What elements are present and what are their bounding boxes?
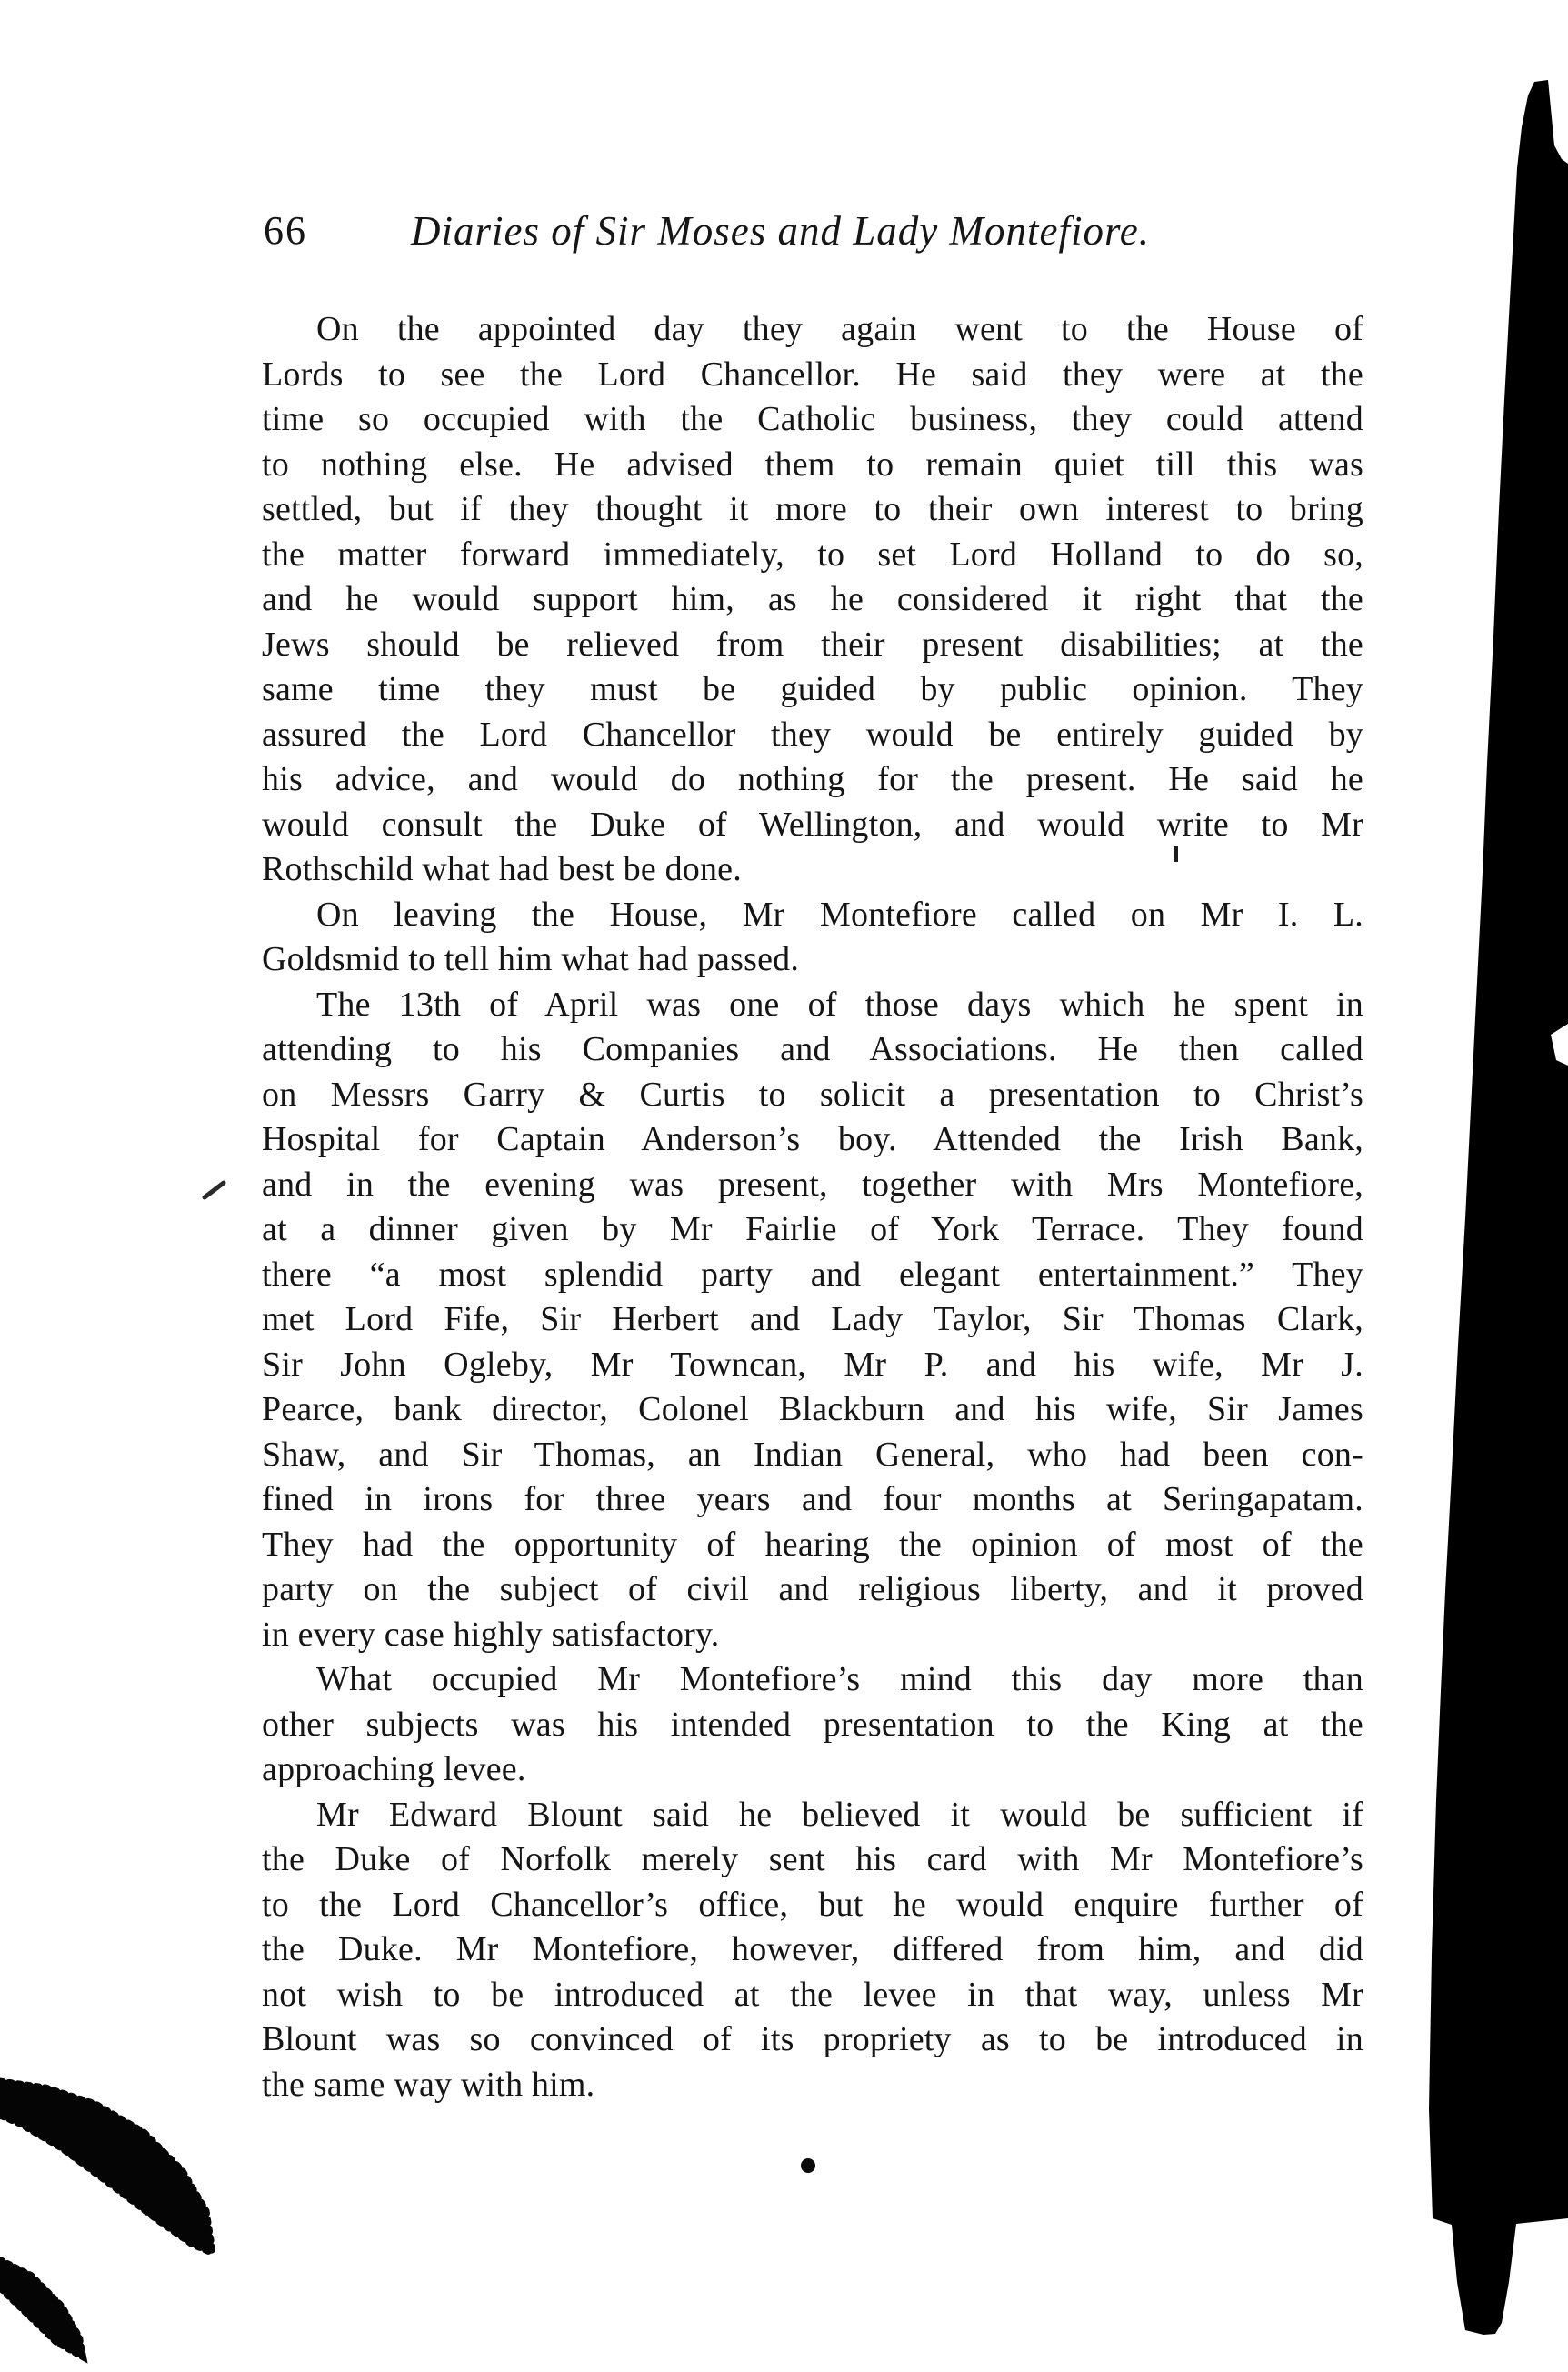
text-line: to nothing else. He advised them to rema… xyxy=(262,443,1363,488)
text-line: and in the evening was present, together… xyxy=(262,1163,1363,1208)
text-line: Lords to see the Lord Chancellor. He sai… xyxy=(262,353,1363,398)
text-line: in every case highly satisfactory. xyxy=(262,1613,1363,1658)
text-line: The 13th of April was one of those days … xyxy=(262,983,1363,1028)
text-line: assured the Lord Chancellor they would b… xyxy=(262,713,1363,758)
text-line: party on the subject of civil and religi… xyxy=(262,1567,1363,1613)
text-line: same time they must be guided by public … xyxy=(262,667,1363,713)
text-line: Hospital for Captain Anderson’s boy. Att… xyxy=(262,1117,1363,1163)
text-line: attending to his Companies and Associati… xyxy=(262,1027,1363,1073)
text-line: the same way with him. xyxy=(262,2063,1363,2108)
text-line: time so occupied with the Catholic busin… xyxy=(262,397,1363,443)
text-line: Mr Edward Blount said he believed it wou… xyxy=(262,1793,1363,1838)
stray-dash xyxy=(205,1183,224,1197)
text-line: Rothschild what had best be done. xyxy=(262,847,1363,893)
page-number: 66 xyxy=(264,207,307,254)
text-line: not wish to be introduced at the levee i… xyxy=(262,1973,1363,2018)
text-line: Pearce, bank director, Colonel Blackburn… xyxy=(262,1387,1363,1433)
body-text: On the appointed day they again went to … xyxy=(262,307,1363,2107)
text-line: would consult the Duke of Wellington, an… xyxy=(262,803,1363,848)
text-line: at a dinner given by Mr Fairlie of York … xyxy=(262,1207,1363,1253)
text-line: fined in irons for three years and four … xyxy=(262,1477,1363,1523)
running-title: Diaries of Sir Moses and Lady Montefiore… xyxy=(411,207,1150,255)
text-line: Shaw, and Sir Thomas, an Indian General,… xyxy=(262,1433,1363,1478)
text-line: met Lord Fife, Sir Herbert and Lady Tayl… xyxy=(262,1297,1363,1343)
text-line: the matter forward immediately, to set L… xyxy=(262,533,1363,578)
text-line: to the Lord Chancellor’s office, but he … xyxy=(262,1883,1363,1928)
smudge-bottom-left-small xyxy=(0,2260,83,2357)
text-line: On the appointed day they again went to … xyxy=(262,307,1363,353)
text-line: Goldsmid to tell him what had passed. xyxy=(262,937,1363,983)
text-line: the Duke of Norfolk merely sent his card… xyxy=(262,1837,1363,1883)
text-line: his advice, and would do nothing for the… xyxy=(262,757,1363,803)
text-line: settled, but if they thought it more to … xyxy=(262,487,1363,533)
ink-blot-right xyxy=(1429,80,1568,2335)
text-line: on Messrs Garry & Curtis to solicit a pr… xyxy=(262,1073,1363,1118)
text-line: the Duke. Mr Montefiore, however, differ… xyxy=(262,1927,1363,1973)
page-header: 66 Diaries of Sir Moses and Lady Montefi… xyxy=(0,207,1568,262)
smudge-bottom-left-large xyxy=(0,2082,212,2252)
text-line: Jews should be relieved from their prese… xyxy=(262,623,1363,668)
ink-blot-notch xyxy=(1551,1024,1568,1066)
text-line: What occupied Mr Montefiore’s mind this … xyxy=(262,1657,1363,1703)
stray-dot xyxy=(801,2158,815,2173)
text-line: Blount was so convinced of its propriety… xyxy=(262,2017,1363,2063)
text-line: and he would support him, as he consider… xyxy=(262,577,1363,623)
text-line: there “a most splendid party and elegant… xyxy=(262,1253,1363,1298)
text-line: On leaving the House, Mr Montefiore call… xyxy=(262,893,1363,938)
text-line: Sir John Ogleby, Mr Towncan, Mr P. and h… xyxy=(262,1343,1363,1388)
text-line: They had the opportunity of hearing the … xyxy=(262,1523,1363,1568)
scanned-book-page: 66 Diaries of Sir Moses and Lady Montefi… xyxy=(0,0,1568,2372)
text-line: approaching levee. xyxy=(262,1747,1363,1793)
text-line: other subjects was his intended presenta… xyxy=(262,1703,1363,1748)
